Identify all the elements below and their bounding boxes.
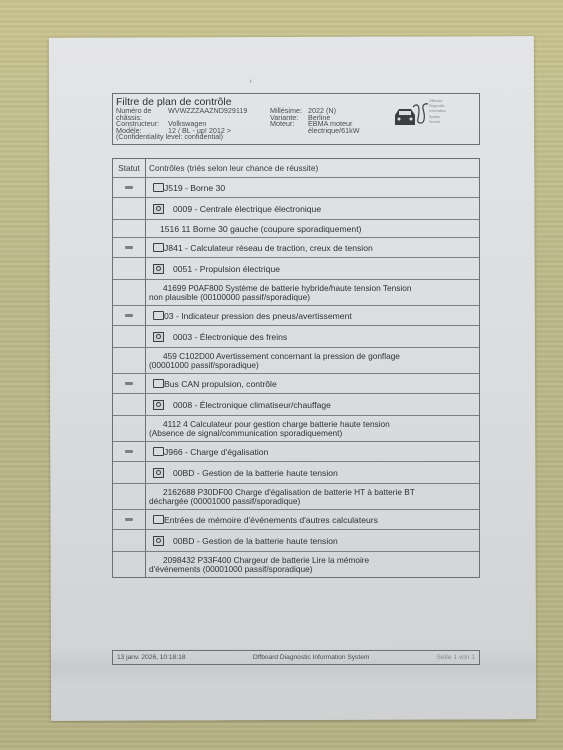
ink-speck: ı xyxy=(250,79,252,85)
control-plan-table: Statut Contrôles (triés selon leur chanc… xyxy=(112,158,480,578)
table-row-group[interactable]: Entrées de mémoire d'événements d'autres… xyxy=(113,509,479,529)
status-cell xyxy=(113,178,146,197)
status-dash-icon xyxy=(125,518,133,521)
status-cell xyxy=(113,198,146,219)
group-cell: Bus CAN propulsion, contrôle xyxy=(146,374,479,393)
status-cell xyxy=(113,348,146,373)
status-cell xyxy=(113,220,146,237)
test-step-icon xyxy=(153,515,164,524)
confidentiality-note: (Confidentiality level: confidential) xyxy=(116,134,223,141)
control-unit-label: 0008 - Électronique climatiseur/chauffag… xyxy=(173,400,331,410)
table-row-fault[interactable]: 1516 11 Borne 30 gauche (coupure sporadi… xyxy=(113,219,479,237)
status-cell xyxy=(113,552,146,577)
table-row-group[interactable]: Bus CAN propulsion, contrôle xyxy=(113,373,479,393)
control-unit-cell: 0008 - Électronique climatiseur/chauffag… xyxy=(146,394,479,415)
status-cell xyxy=(113,416,146,441)
vehicle-info-right: Millésime:2022 (N) Variante:Berline Mote… xyxy=(270,108,360,134)
control-unit-label: 00BD - Gestion de la batterie haute tens… xyxy=(173,468,338,478)
table-row-fault[interactable]: 2098432 P33F400 Chargeur de batterie Lir… xyxy=(113,551,479,577)
engine-label: Moteur: xyxy=(270,121,308,128)
control-unit-label: 0003 - Électronique des freins xyxy=(173,332,287,342)
car-diagnostic-stethoscope-icon xyxy=(393,101,429,131)
control-unit-cell: 0003 - Électronique des freins xyxy=(146,326,479,347)
status-cell xyxy=(113,510,146,529)
fault-cell: 2162688 P30DF00 Charge d'égalisation de … xyxy=(146,484,479,509)
status-dash-icon xyxy=(125,314,133,317)
control-unit-cell: 0009 - Centrale électrique électronique xyxy=(146,198,479,219)
fault-detail-line: d'événements (00001000 passif/sporadique… xyxy=(149,565,479,574)
control-unit-cell: 0051 - Propulsion électrique xyxy=(146,258,479,279)
group-label: 03 - Indicateur pression des pneus/avert… xyxy=(164,311,352,321)
group-label: J841 - Calculateur réseau de traction, c… xyxy=(164,243,373,253)
table-row-group[interactable]: 03 - Indicateur pression des pneus/avert… xyxy=(113,305,479,325)
chassis-value: WVWZZZAAZND929119 xyxy=(168,108,247,115)
table-row-group[interactable]: J841 - Calculateur réseau de traction, c… xyxy=(113,237,479,257)
status-cell xyxy=(113,462,146,483)
status-cell xyxy=(113,306,146,325)
status-dash-icon xyxy=(125,382,133,385)
control-unit-cell: 00BD - Gestion de la batterie haute tens… xyxy=(146,462,479,483)
test-step-icon xyxy=(153,183,164,192)
table-row-control-unit[interactable]: 0051 - Propulsion électrique xyxy=(113,257,479,279)
test-step-icon xyxy=(153,243,164,252)
status-cell xyxy=(113,326,146,347)
status-dash-icon xyxy=(125,186,133,189)
status-cell xyxy=(113,394,146,415)
table-row-control-unit[interactable]: 00BD - Gestion de la batterie haute tens… xyxy=(113,461,479,483)
control-unit-icon xyxy=(153,332,164,342)
control-unit-cell: 00BD - Gestion de la batterie haute tens… xyxy=(146,530,479,551)
odis-logo: Offboard Diagnostic Information System S… xyxy=(393,97,473,137)
table-row-fault[interactable]: 41699 P0AF800 Système de batterie hybrid… xyxy=(113,279,479,305)
control-unit-icon xyxy=(153,400,164,410)
control-unit-label: 0051 - Propulsion électrique xyxy=(173,264,280,274)
group-cell: 03 - Indicateur pression des pneus/avert… xyxy=(146,306,479,325)
control-unit-label: 00BD - Gestion de la batterie haute tens… xyxy=(173,536,338,546)
print-timestamp: 13 janv. 2026, 10:18:18 xyxy=(117,654,185,661)
vehicle-info-left: Numéro deWVWZZZAAZND929119 châssis: Cons… xyxy=(116,108,247,141)
status-cell xyxy=(113,442,146,461)
status-dash-icon xyxy=(125,246,133,249)
controls-column-header: Contrôles (triés selon leur chance de ré… xyxy=(146,159,479,177)
group-cell: J966 - Charge d'égalisation xyxy=(146,442,479,461)
table-row-control-unit[interactable]: 00BD - Gestion de la batterie haute tens… xyxy=(113,529,479,551)
status-cell xyxy=(113,530,146,551)
test-step-icon xyxy=(153,311,164,320)
fault-detail-line: non plausible (00100000 passif/sporadiqu… xyxy=(149,293,479,302)
test-step-icon xyxy=(153,447,164,456)
fault-detail-line: (Absence de signal/communication sporadi… xyxy=(149,429,479,438)
control-unit-icon xyxy=(153,468,164,478)
fault-cell: 4112 4 Calculateur pour gestion charge b… xyxy=(146,416,479,441)
control-unit-icon xyxy=(153,264,164,274)
group-cell: J519 - Borne 30 xyxy=(146,178,479,197)
table-row-group[interactable]: J966 - Charge d'égalisation xyxy=(113,441,479,461)
logo-text: Offboard Diagnostic Information System S… xyxy=(429,99,446,125)
table-row-control-unit[interactable]: 0009 - Centrale électrique électronique xyxy=(113,197,479,219)
document-footer: 13 janv. 2026, 10:18:18 Offboard Diagnos… xyxy=(112,650,480,665)
table-row-control-unit[interactable]: 0008 - Électronique climatiseur/chauffag… xyxy=(113,393,479,415)
group-label: Bus CAN propulsion, contrôle xyxy=(164,379,277,389)
status-cell xyxy=(113,484,146,509)
status-dash-icon xyxy=(125,450,133,453)
test-step-icon xyxy=(153,379,164,388)
status-cell xyxy=(113,374,146,393)
fault-detail-line: déchargée (00001000 passif/sporadique) xyxy=(149,497,479,506)
status-column-header: Statut xyxy=(113,159,146,177)
fault-cell: 41699 P0AF800 Système de batterie hybrid… xyxy=(146,280,479,305)
group-cell: Entrées de mémoire d'événements d'autres… xyxy=(146,510,479,529)
group-cell: J841 - Calculateur réseau de traction, c… xyxy=(146,238,479,257)
control-unit-label: 0009 - Centrale électrique électronique xyxy=(173,204,321,214)
status-cell xyxy=(113,258,146,279)
page-number: Seite 1 von 1 xyxy=(436,654,475,661)
system-name: Offboard Diagnostic Information System xyxy=(253,654,370,661)
group-label: J519 - Borne 30 xyxy=(164,183,225,193)
group-label: Entrées de mémoire d'événements d'autres… xyxy=(164,515,378,525)
control-unit-icon xyxy=(153,536,164,546)
table-row-group[interactable]: J519 - Borne 30 xyxy=(113,177,479,197)
fault-cell: 1516 11 Borne 30 gauche (coupure sporadi… xyxy=(146,220,479,237)
engine-value-cont: électrique/61kW xyxy=(308,128,360,135)
document-header: Filtre de plan de contrôle Numéro deWVWZ… xyxy=(112,93,480,145)
fault-cell: 459 C102D00 Avertissement concernant la … xyxy=(146,348,479,373)
status-cell xyxy=(113,280,146,305)
control-unit-icon xyxy=(153,204,164,214)
table-row-fault[interactable]: 4112 4 Calculateur pour gestion charge b… xyxy=(113,415,479,441)
fault-cell: 2098432 P33F400 Chargeur de batterie Lir… xyxy=(146,552,479,577)
table-row-control-unit[interactable]: 0003 - Électronique des freins xyxy=(113,325,479,347)
fault-detail-line: (00001000 passif/sporadique) xyxy=(149,361,479,370)
group-label: J966 - Charge d'égalisation xyxy=(164,447,268,457)
table-row-fault[interactable]: 2162688 P30DF00 Charge d'égalisation de … xyxy=(113,483,479,509)
table-header-row: Statut Contrôles (triés selon leur chanc… xyxy=(113,159,479,177)
status-cell xyxy=(113,238,146,257)
table-row-fault[interactable]: 459 C102D00 Avertissement concernant la … xyxy=(113,347,479,373)
fault-code-line: 1516 11 Borne 30 gauche (coupure sporadi… xyxy=(160,224,361,234)
